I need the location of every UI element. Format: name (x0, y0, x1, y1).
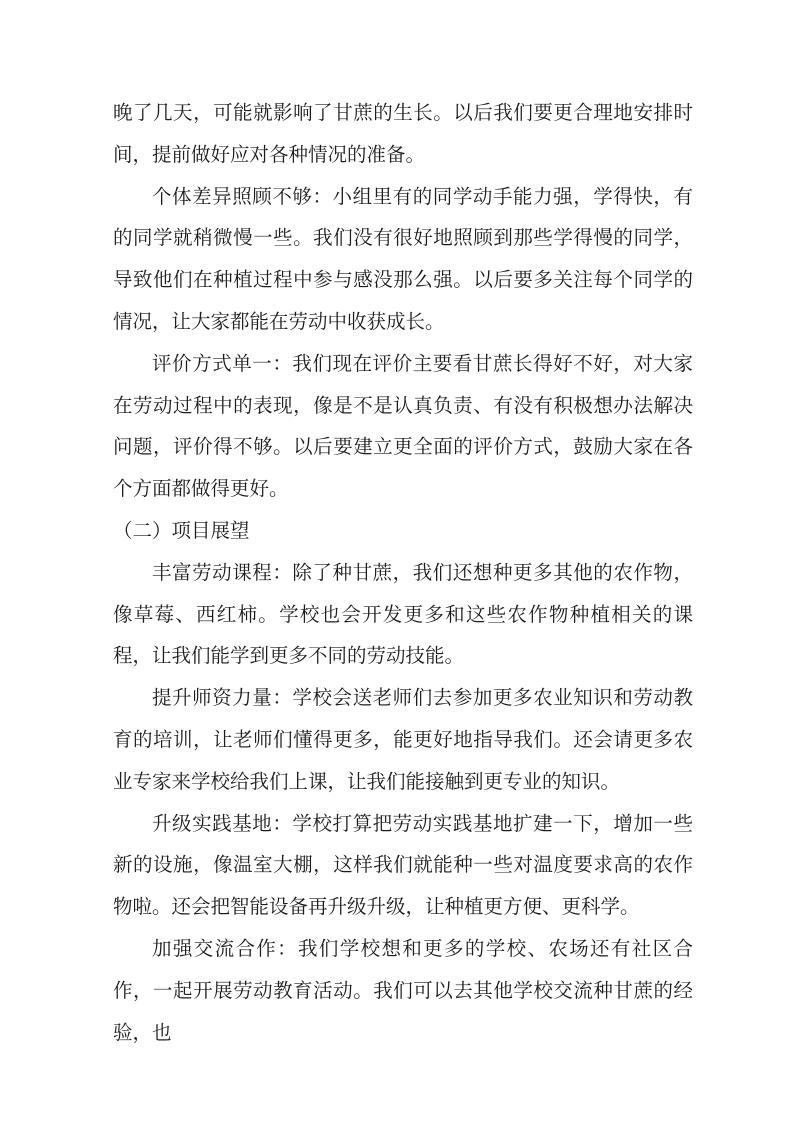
document-page: 晚了几天，可能就影响了甘蔗的生长。以后我们要更合理地安排时间，提前做好应对各种情… (0, 0, 793, 1122)
paragraph-evaluation-method: 评价方式单一：我们现在评价主要看甘蔗长得好不好，对大家在劳动过程中的表现，像是不… (113, 344, 693, 511)
paragraph-teacher-strength: 提升师资力量：学校会送老师们去参加更多农业知识和劳动教育的培训，让老师们懂得更多… (113, 678, 693, 803)
paragraph-continuation: 晚了几天，可能就影响了甘蔗的生长。以后我们要更合理地安排时间，提前做好应对各种情… (113, 93, 693, 177)
paragraph-upgrade-base: 升级实践基地：学校打算把劳动实践基地扩建一下，增加一些新的设施，像温室大棚，这样… (113, 804, 693, 929)
paragraph-enrich-courses: 丰富劳动课程：除了种甘蔗，我们还想种更多其他的农作物，像草莓、西红柿。学校也会开… (113, 553, 693, 678)
paragraph-individual-differences: 个体差异照顾不够：小组里有的同学动手能力强，学得快，有的同学就稍微慢一些。我们没… (113, 177, 693, 344)
section-heading-project-outlook: （二）项目展望 (113, 511, 693, 553)
paragraph-cooperation: 加强交流合作：我们学校想和更多的学校、农场还有社区合作，一起开展劳动教育活动。我… (113, 929, 693, 1054)
